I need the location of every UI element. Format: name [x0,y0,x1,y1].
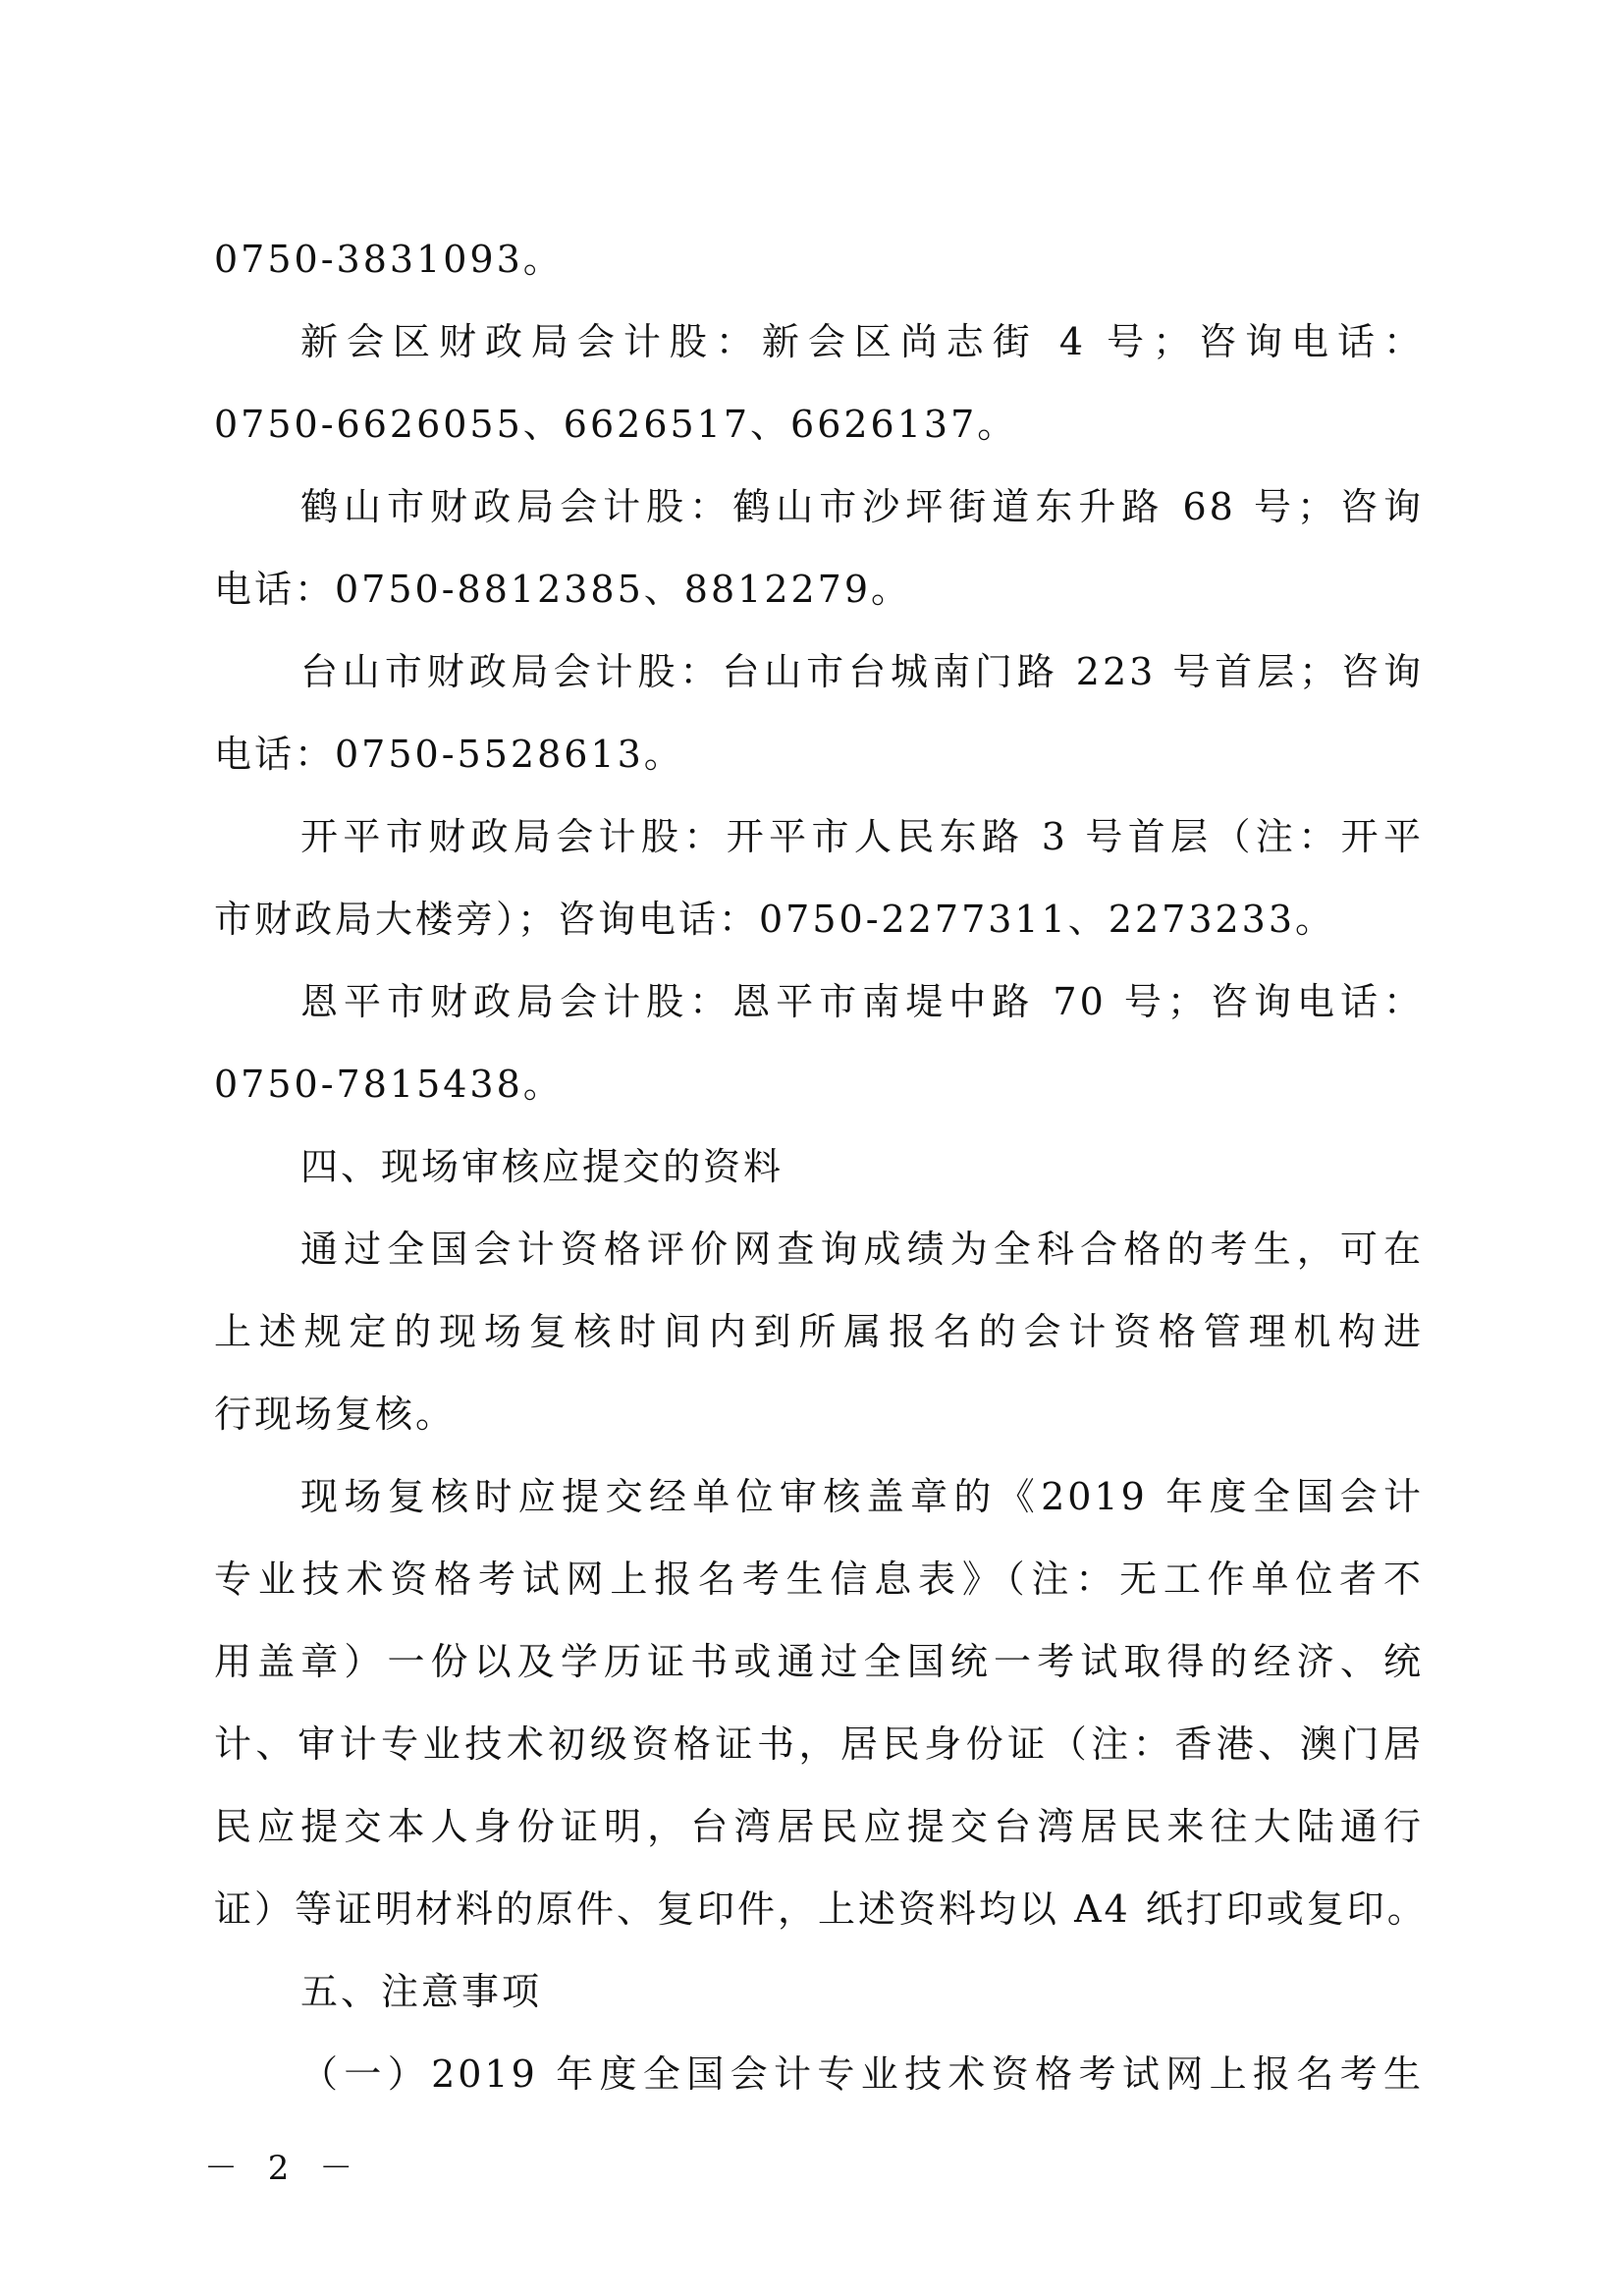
text-line: 行现场复核。 [214,1373,1424,1455]
text-line: 0750-7815438。 [214,1043,1424,1125]
section-heading: 四、现场审核应提交的资料 [214,1125,1424,1208]
text-line: 0750-6626055、6626517、6626137。 [214,383,1424,465]
text-line: 用盖章）一份以及学历证书或通过全国统一考试取得的经济、统 [214,1620,1424,1703]
text-line: 通过全国会计资格评价网查询成绩为全科合格的考生，可在 [214,1208,1424,1290]
text-line: 开平市财政局会计股：开平市人民东路 3 号首层（注：开平 [214,795,1424,878]
text-line: 电话：0750-8812385、8812279。 [214,548,1424,630]
text-line: 证）等证明材料的原件、复印件，上述资料均以 A4 纸打印或复印。 [214,1868,1424,1950]
section-heading: 五、注意事项 [214,1950,1424,2033]
text-line: 现场复核时应提交经单位审核盖章的《2019 年度全国会计 [214,1455,1424,1538]
text-line: 电话：0750-5528613。 [214,713,1424,795]
text-line: 计、审计专业技术初级资格证书，居民身份证（注：香港、澳门居 [214,1703,1424,1785]
text-line: 市财政局大楼旁）；咨询电话：0750-2277311、2273233。 [214,878,1424,960]
document-body: 0750-3831093。 新会区财政局会计股：新会区尚志街 4 号；咨询电话：… [214,218,1424,2115]
text-line: （一）2019 年度全国会计专业技术资格考试网上报名考生 [214,2033,1424,2115]
text-line: 鹤山市财政局会计股：鹤山市沙坪街道东升路 68 号；咨询 [214,465,1424,548]
text-line: 专业技术资格考试网上报名考生信息表》（注：无工作单位者不 [214,1538,1424,1620]
document-page: 0750-3831093。 新会区财政局会计股：新会区尚志街 4 号；咨询电话：… [0,0,1623,2296]
text-line: 恩平市财政局会计股：恩平市南堤中路 70 号；咨询电话： [214,960,1424,1043]
page-number: － 2 － [204,2141,362,2189]
text-line: 新会区财政局会计股：新会区尚志街 4 号；咨询电话： [214,301,1424,383]
text-line: 0750-3831093。 [214,218,1424,301]
text-line: 台山市财政局会计股：台山市台城南门路 223 号首层；咨询 [214,630,1424,713]
text-line: 民应提交本人身份证明，台湾居民应提交台湾居民来往大陆通行 [214,1785,1424,1868]
text-line: 上述规定的现场复核时间内到所属报名的会计资格管理机构进 [214,1290,1424,1373]
